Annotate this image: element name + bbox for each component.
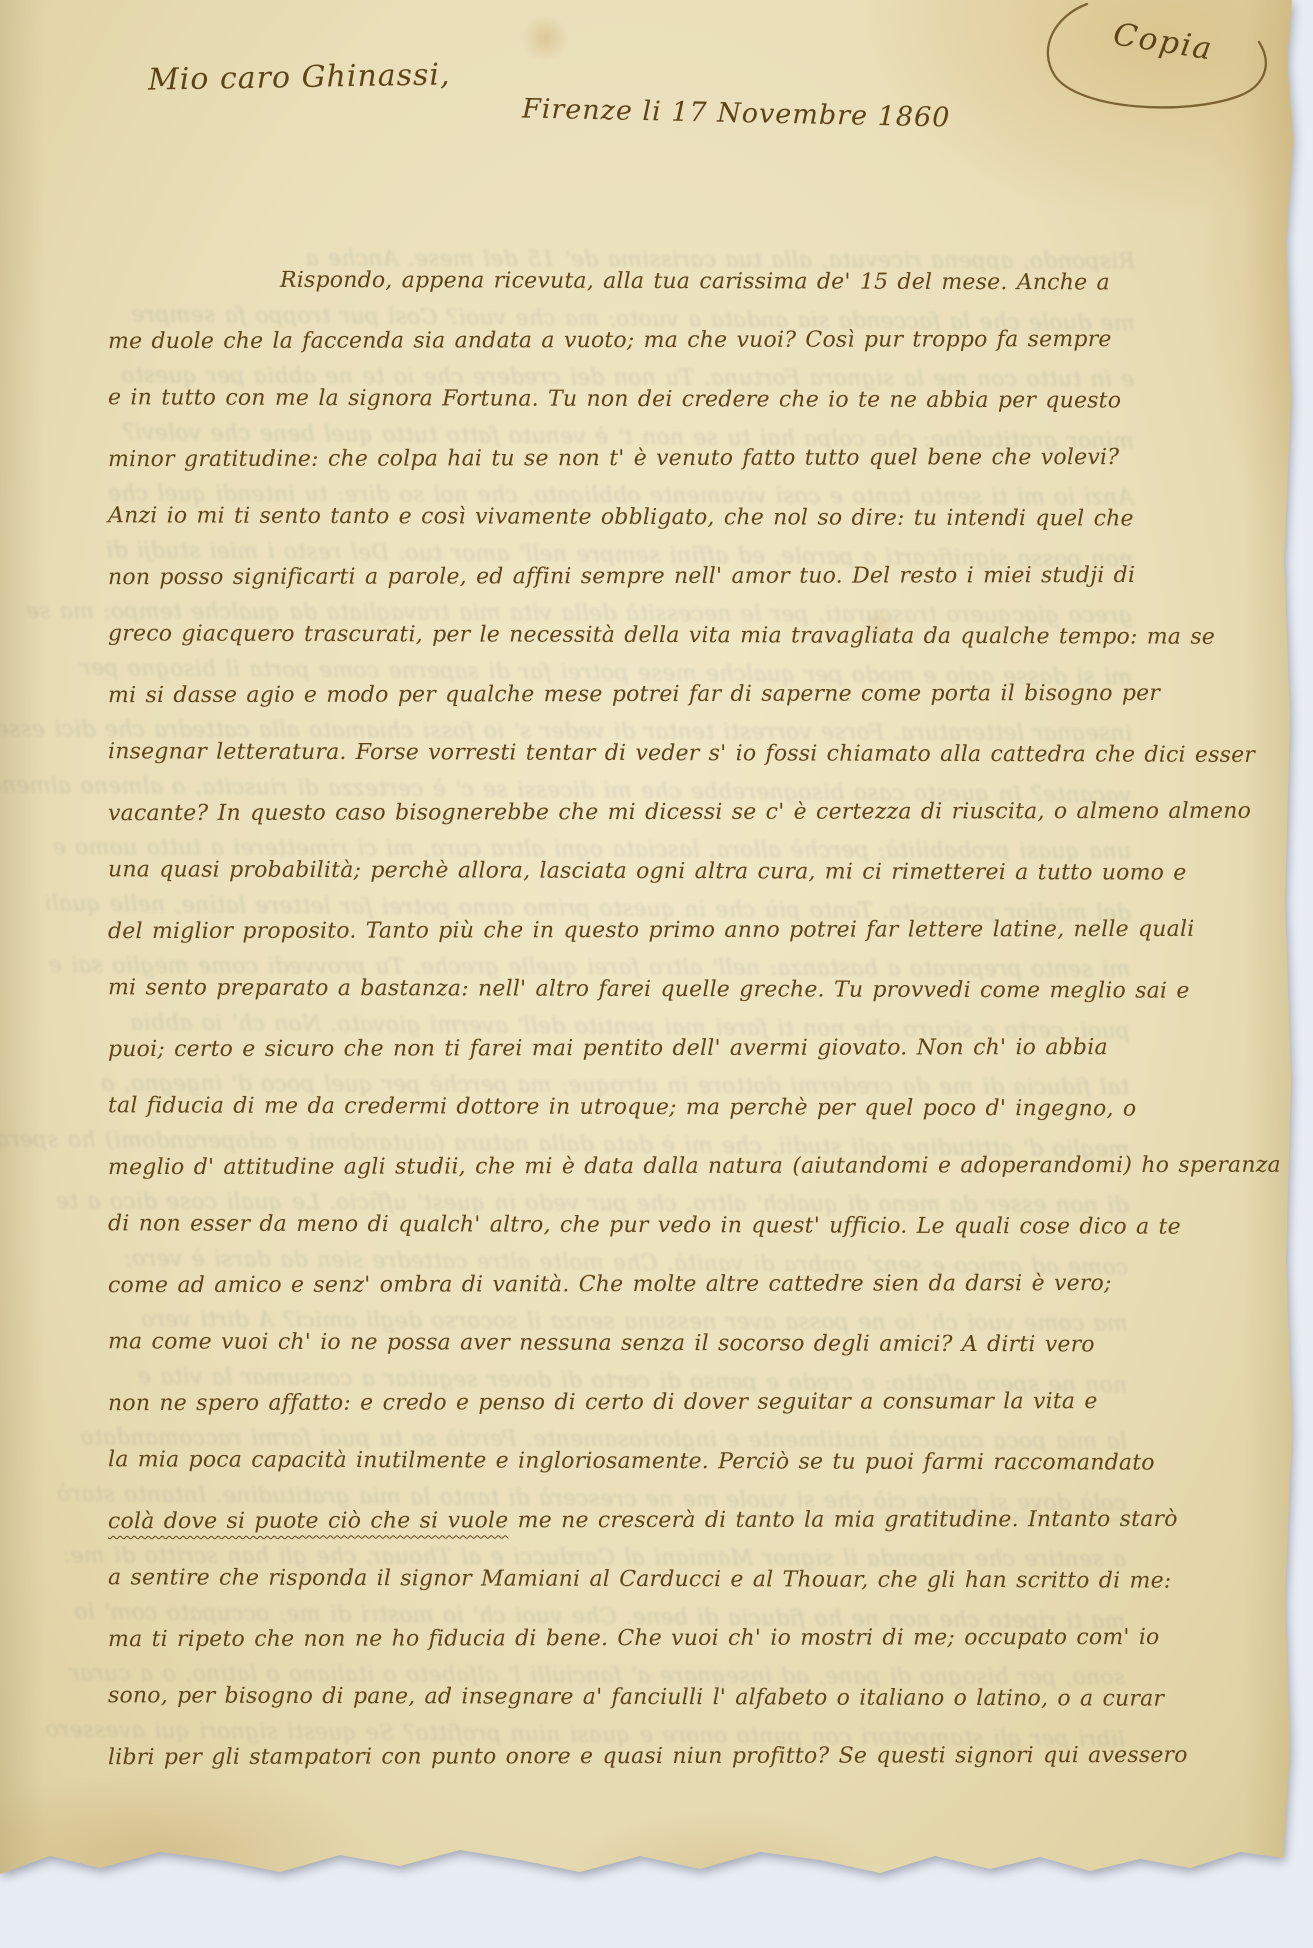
letter-line: Rispondo, appena ricevuta, alla tua cari… [108,250,1203,312]
letter-line: minor gratitudine: che colpa hai tu se n… [108,428,1203,489]
letter-line: non posso significarti a parole, ed affi… [108,546,1203,607]
letter-line: a sentire che risponda il signor Mamiani… [108,1548,1203,1610]
letter-line: sono, per bisogno di pane, ad insegnare … [108,1666,1203,1728]
letter-line: puoi; certo e sicuro che non ti farei ma… [108,1018,1203,1079]
letter-line: greco giacquero trascurati, per le neces… [108,604,1203,666]
letter-line: non ne spero affatto: e credo e penso di… [108,1372,1203,1433]
scan-background: Rispondo, appena ricevuta, alla tua cari… [0,0,1313,1948]
letter-line: Anzi io mi ti sento tanto e così vivamen… [108,486,1203,548]
letter-line: me duole che la faccenda sia andata a vu… [108,310,1203,371]
letter-line: ma ti ripeto che non ne ho fiducia di be… [108,1608,1203,1669]
letter-line: tal fiducia di me da credermi dottore in… [108,1076,1203,1138]
salutation: Mio caro Ghinassi, [148,57,451,97]
letter-line: la mia poca capacità inutilmente e inglo… [108,1430,1203,1492]
letter-line: libri per gli stampatori con punto onore… [108,1726,1203,1787]
underlined-phrase: colà dove si puote ciò che si vuole [108,1508,509,1534]
letter-line: mi si dasse agio e modo per qualche mese… [108,664,1203,725]
dateline: Firenze li 17 Novembre 1860 [522,94,951,134]
copia-circle-stroke [1035,2,1280,124]
letter-line: vacante? In questo caso bisognerebbe che… [108,782,1203,843]
letter-line: e in tutto con me la signora Fortuna. Tu… [108,368,1203,430]
underline-rest: me ne crescerà di tanto la mia gratitudi… [508,1507,1177,1533]
letter-line: mi sento preparato a bastanza: nell' alt… [108,958,1203,1020]
letter-line: come ad amico e senz' ombra di vanità. C… [108,1254,1203,1315]
letter-page: Rispondo, appena ricevuta, alla tua cari… [0,0,1313,1892]
letter-line: meglio d' attitudine agli studii, che mi… [108,1136,1203,1197]
letter-line: una quasi probabilità; perchè allora, la… [108,840,1203,902]
letter-body: Rispondo, appena ricevuta, alla tua cari… [108,252,1203,1786]
letter-line-underlined: colà dove si puote ciò che si vuole me n… [108,1490,1203,1551]
copia-annotation: Copia [1035,2,1280,124]
letter-line: insegnar letteratura. Forse vorresti ten… [108,722,1203,784]
letter-line: del miglior proposito. Tanto più che in … [108,900,1203,961]
letter-line: di non esser da meno di qualch' altro, c… [108,1194,1203,1256]
letter-line: ma come vuoi ch' io ne possa aver nessun… [108,1312,1203,1374]
